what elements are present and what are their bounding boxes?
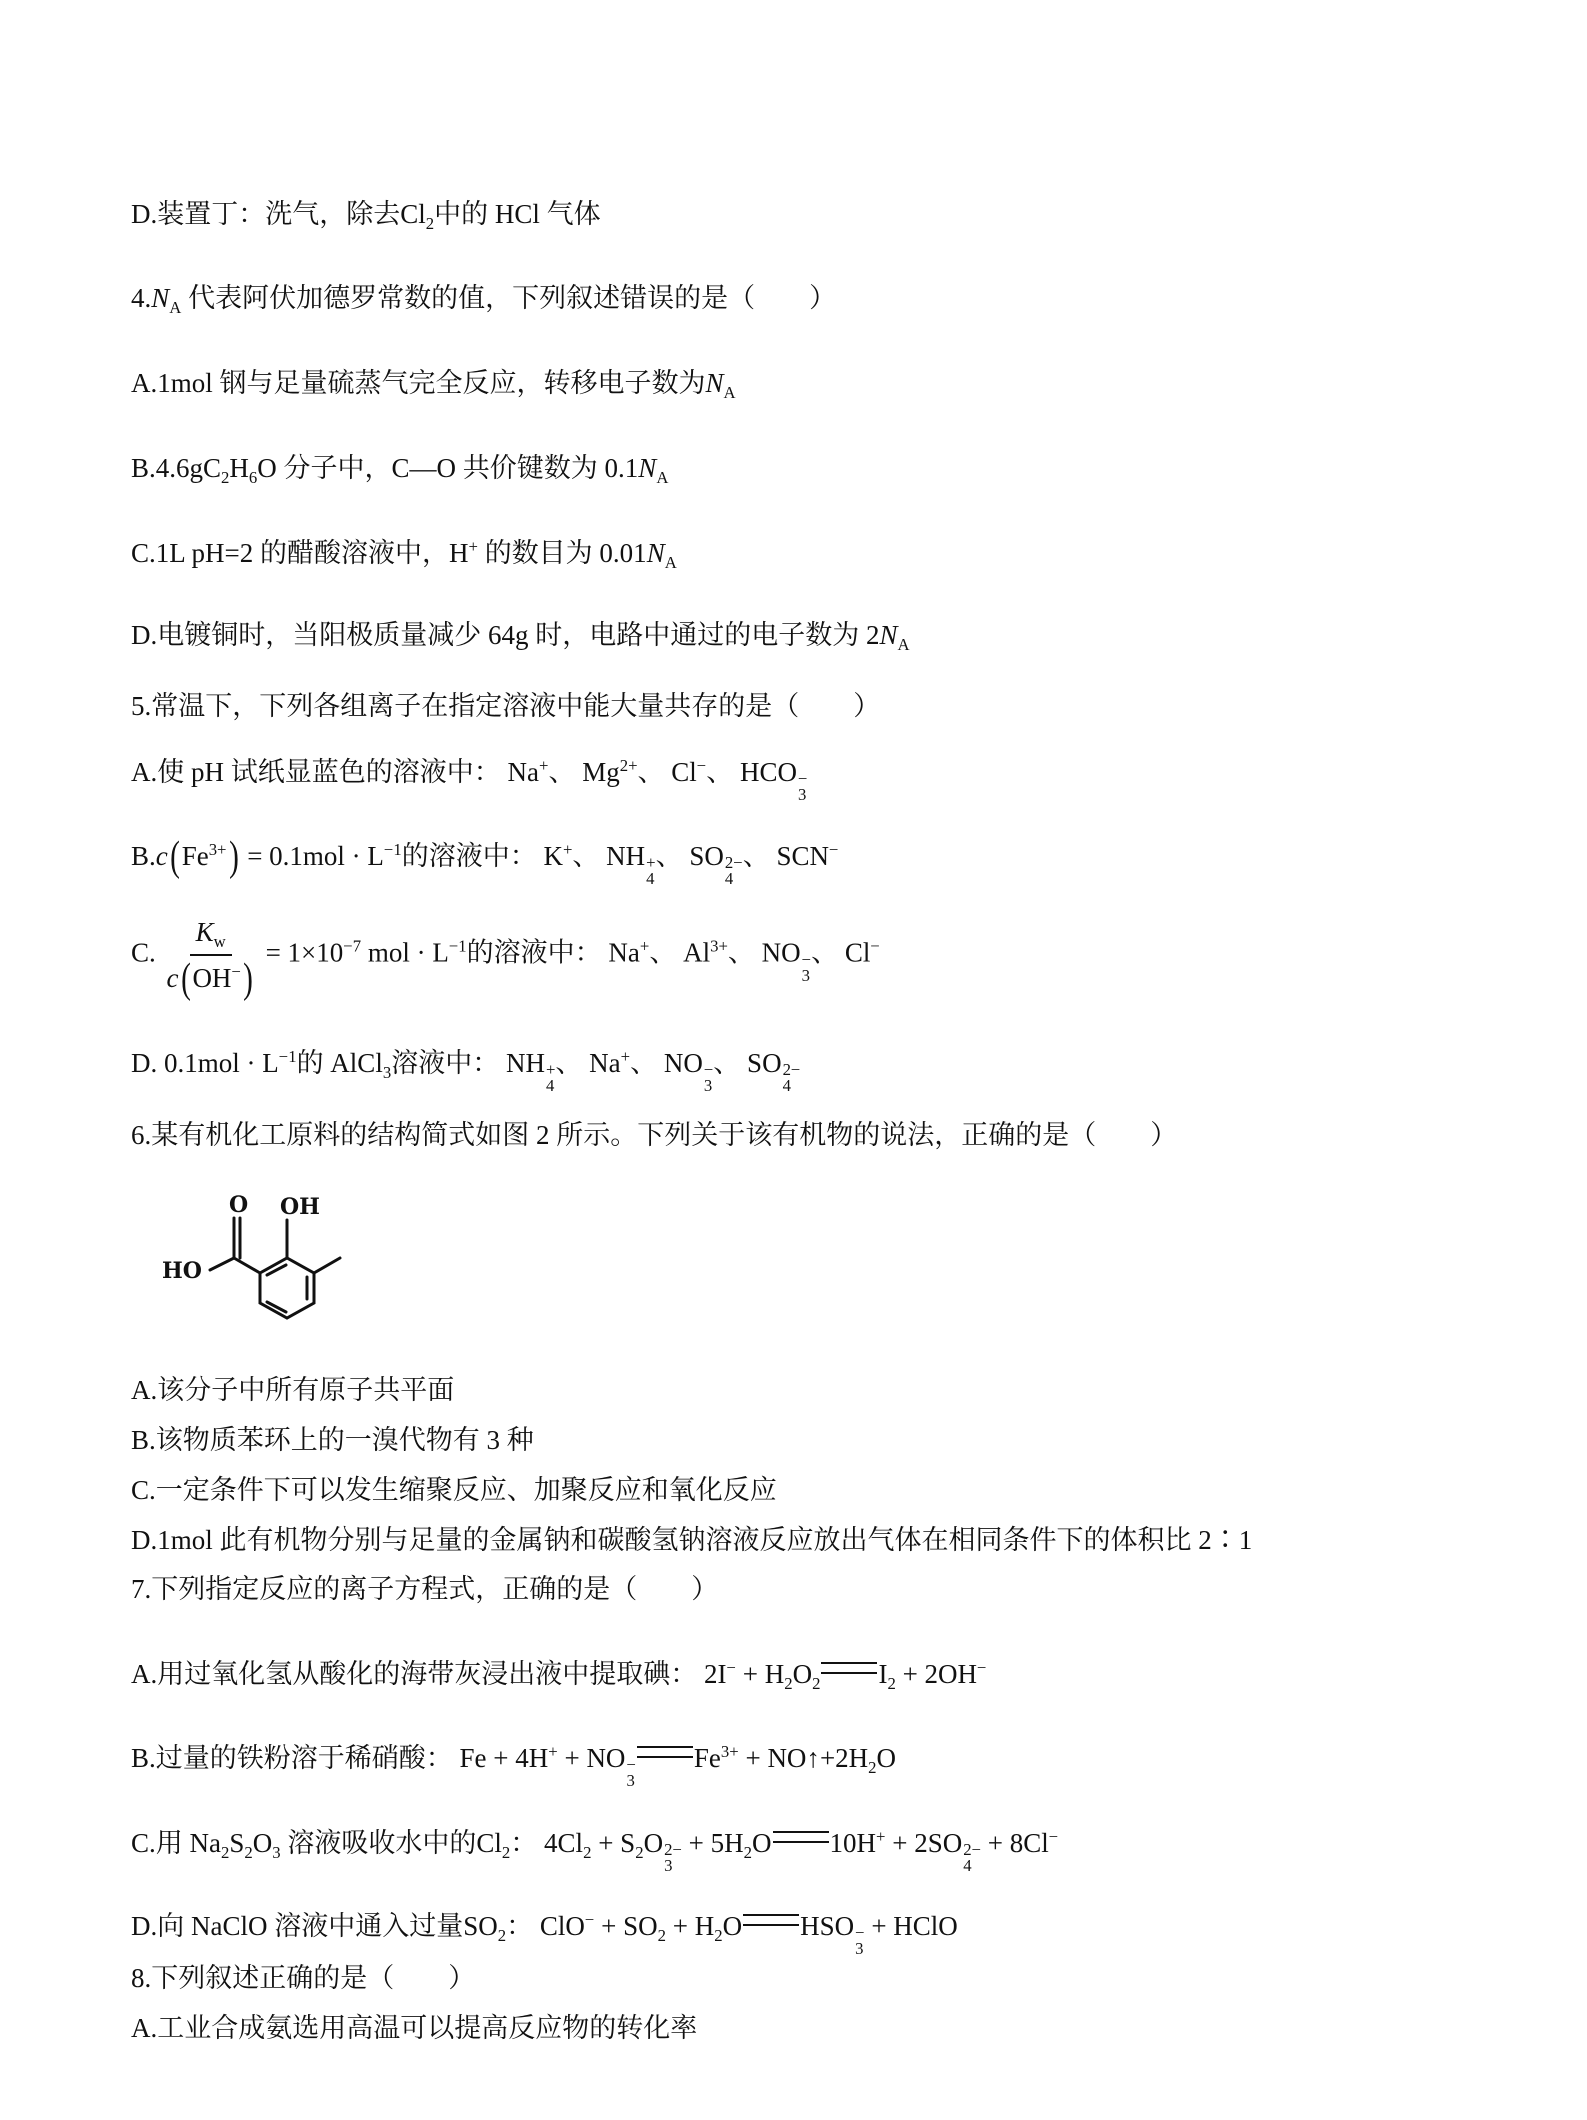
q4-option-c: C.1L pH=2 的醋酸溶液中，H+ 的数目为 0.01NA	[131, 535, 677, 571]
q4-option-d: D.电镀铜时，当阳极质量减少 64g 时，电路中通过的电子数为 2NA	[131, 617, 910, 653]
q7-option-c: C.用 Na2S2O3 溶液吸收水中的Cl2： 4Cl2 + S2O2−3 + …	[131, 1825, 1058, 1874]
q5-stem: 5.常温下，下列各组离子在指定溶液中能大量共存的是（ ）	[131, 688, 880, 724]
q6-option-c: C.一定条件下可以发生缩聚反应、加聚反应和氧化反应	[131, 1472, 777, 1508]
q6-option-a: A.该分子中所有原子共平面	[131, 1372, 454, 1408]
q6-stem: 6.某有机化工原料的结构简式如图 2 所示。下列关于该有机物的说法，正确的是（ …	[131, 1117, 1177, 1153]
q8-option-a: A.工业合成氨选用高温可以提高反应物的转化率	[131, 2010, 697, 2046]
q7-option-b: B.过量的铁粉溶于稀硝酸： Fe + 4H+ + NO−3Fe3+ + NO↑+…	[131, 1740, 896, 1789]
q7-stem: 7.下列指定反应的离子方程式，正确的是（ ）	[131, 1571, 718, 1607]
molecule-structure-figure: O OH HO	[140, 1178, 400, 1338]
q4-option-b: B.4.6gC2H6O 分子中，C—O 共价键数为 0.1NA	[131, 450, 668, 486]
q5-option-d: D. 0.1mol · L−1的 AlCl3溶液中： NH+4、 Na+、 NO…	[131, 1045, 800, 1094]
equals-sign	[637, 1746, 693, 1758]
q5-option-c: C. Kw c(OH−) = 1×10−7 mol · L−1的溶液中： Na+…	[131, 912, 880, 999]
svg-text:O: O	[229, 1192, 248, 1218]
equals-sign	[743, 1914, 799, 1926]
q4-option-a: A.1mol 钢与足量硫蒸气完全反应，转移电子数为NA	[131, 365, 736, 401]
q6-option-b: B.该物质苯环上的一溴代物有 3 种	[131, 1422, 534, 1458]
q5-option-a: A.使 pH 试纸显蓝色的溶液中： Na+、 Mg2+、 Cl−、 HCO−3	[131, 754, 807, 803]
kw-fraction: Kw c(OH−)	[167, 912, 255, 999]
q7-option-a: A.用过氧化氢从酸化的海带灰浸出液中提取碘： 2I− + H2O2I2 + 2O…	[131, 1656, 987, 1692]
q3-option-d: D.装置丁：洗气，除去Cl2中的 HCl 气体	[131, 196, 601, 232]
q7-option-d: D.向 NaClO 溶液中通入过量SO2： ClO− + SO2 + H2OHS…	[131, 1908, 958, 1957]
equals-sign	[821, 1662, 877, 1674]
svg-text:OH: OH	[280, 1194, 320, 1220]
svg-text:HO: HO	[162, 1258, 202, 1284]
q5-option-b: B.c(Fe3+) = 0.1mol · L−1的溶液中： K+、 NH+4、 …	[131, 838, 838, 887]
q8-stem: 8.下列叙述正确的是（ ）	[131, 1960, 475, 1996]
q6-option-d: D.1mol 此有机物分别与足量的金属钠和碳酸氢钠溶液反应放出气体在相同条件下的…	[131, 1522, 1252, 1558]
q4-stem: 4.NA 代表阿伏加德罗常数的值，下列叙述错误的是（ ）	[131, 280, 836, 316]
equals-sign	[773, 1831, 829, 1843]
